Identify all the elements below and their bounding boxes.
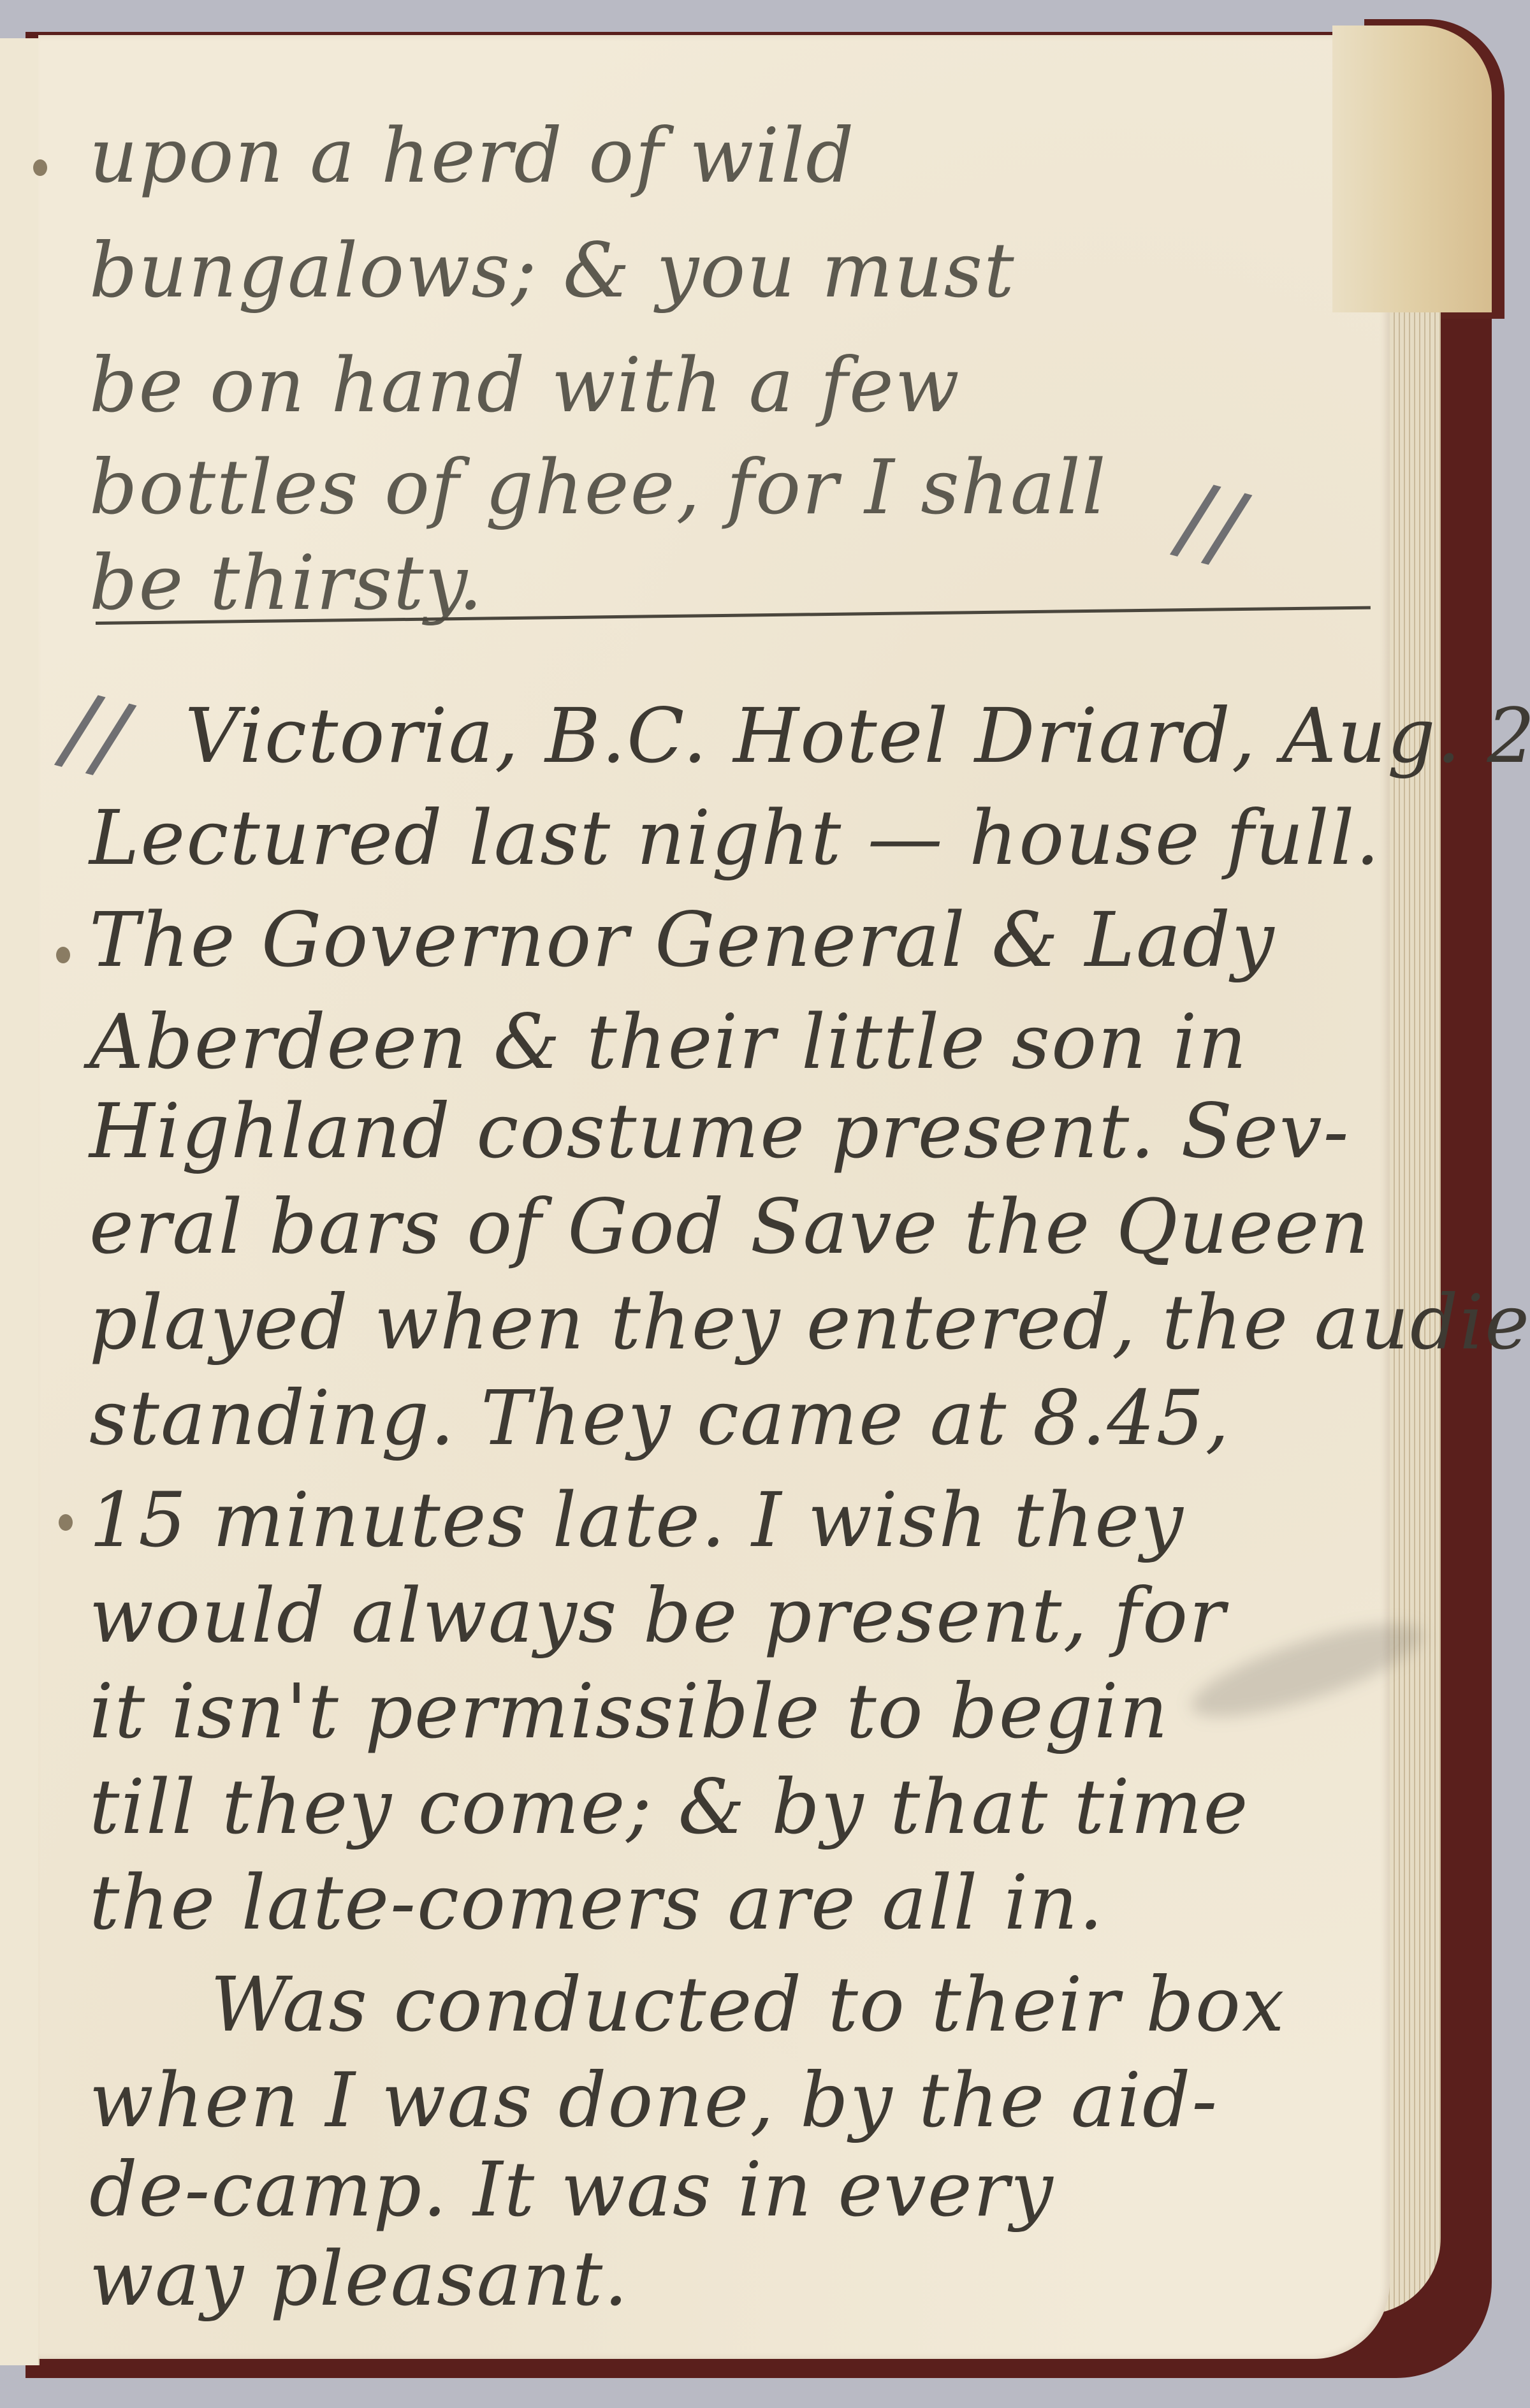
binding-hole	[33, 159, 47, 176]
text-line: The Governor General & Lady	[89, 902, 1276, 977]
text-line: de-camp. It was in every	[89, 2152, 1054, 2227]
pencil-mark-icon: //	[52, 678, 139, 787]
page-corner-edges	[1332, 26, 1492, 312]
text-line: the late-comers are all in.	[89, 1865, 1104, 1940]
text-line: when I was done, by the aid-	[89, 2062, 1218, 2138]
text-line: would always be present, for	[89, 1578, 1227, 1653]
text-line: played when they entered, the audience	[89, 1285, 1530, 1360]
text-line: Was conducted to their box	[210, 1967, 1285, 2042]
text-line: till they come; & by that time	[89, 1769, 1249, 1844]
text-line: way pleasant.	[89, 2241, 629, 2316]
notebook-page: upon a herd of wild bungalows; & you mus…	[38, 35, 1390, 2359]
facing-page-edge	[0, 38, 40, 2365]
text-line: bungalows; & you must	[89, 233, 1016, 308]
entry-heading: Victoria, B.C. Hotel Driard, Aug. 22.	[185, 698, 1530, 773]
text-line: Highland costume present. Sev-	[89, 1093, 1350, 1169]
text-line: eral bars of God Save the Queen	[89, 1189, 1370, 1264]
binding-hole	[56, 947, 70, 963]
text-line: be thirsty.	[89, 545, 484, 620]
text-line: standing. They came at 8.45,	[89, 1380, 1230, 1456]
binding-hole	[59, 1514, 73, 1531]
text-line: be on hand with a few	[89, 347, 961, 423]
text-line: bottles of ghee, for I shall	[89, 449, 1107, 525]
text-line: Lectured last night — house full.	[89, 800, 1381, 875]
pencil-mark-icon: //	[1168, 468, 1255, 577]
text-line: 15 minutes late. I wish they	[89, 1482, 1184, 1558]
text-line: Aberdeen & their little son in	[89, 1004, 1248, 1079]
text-line: it isn't permissible to begin	[89, 1674, 1169, 1749]
text-line: upon a herd of wild	[89, 118, 855, 193]
